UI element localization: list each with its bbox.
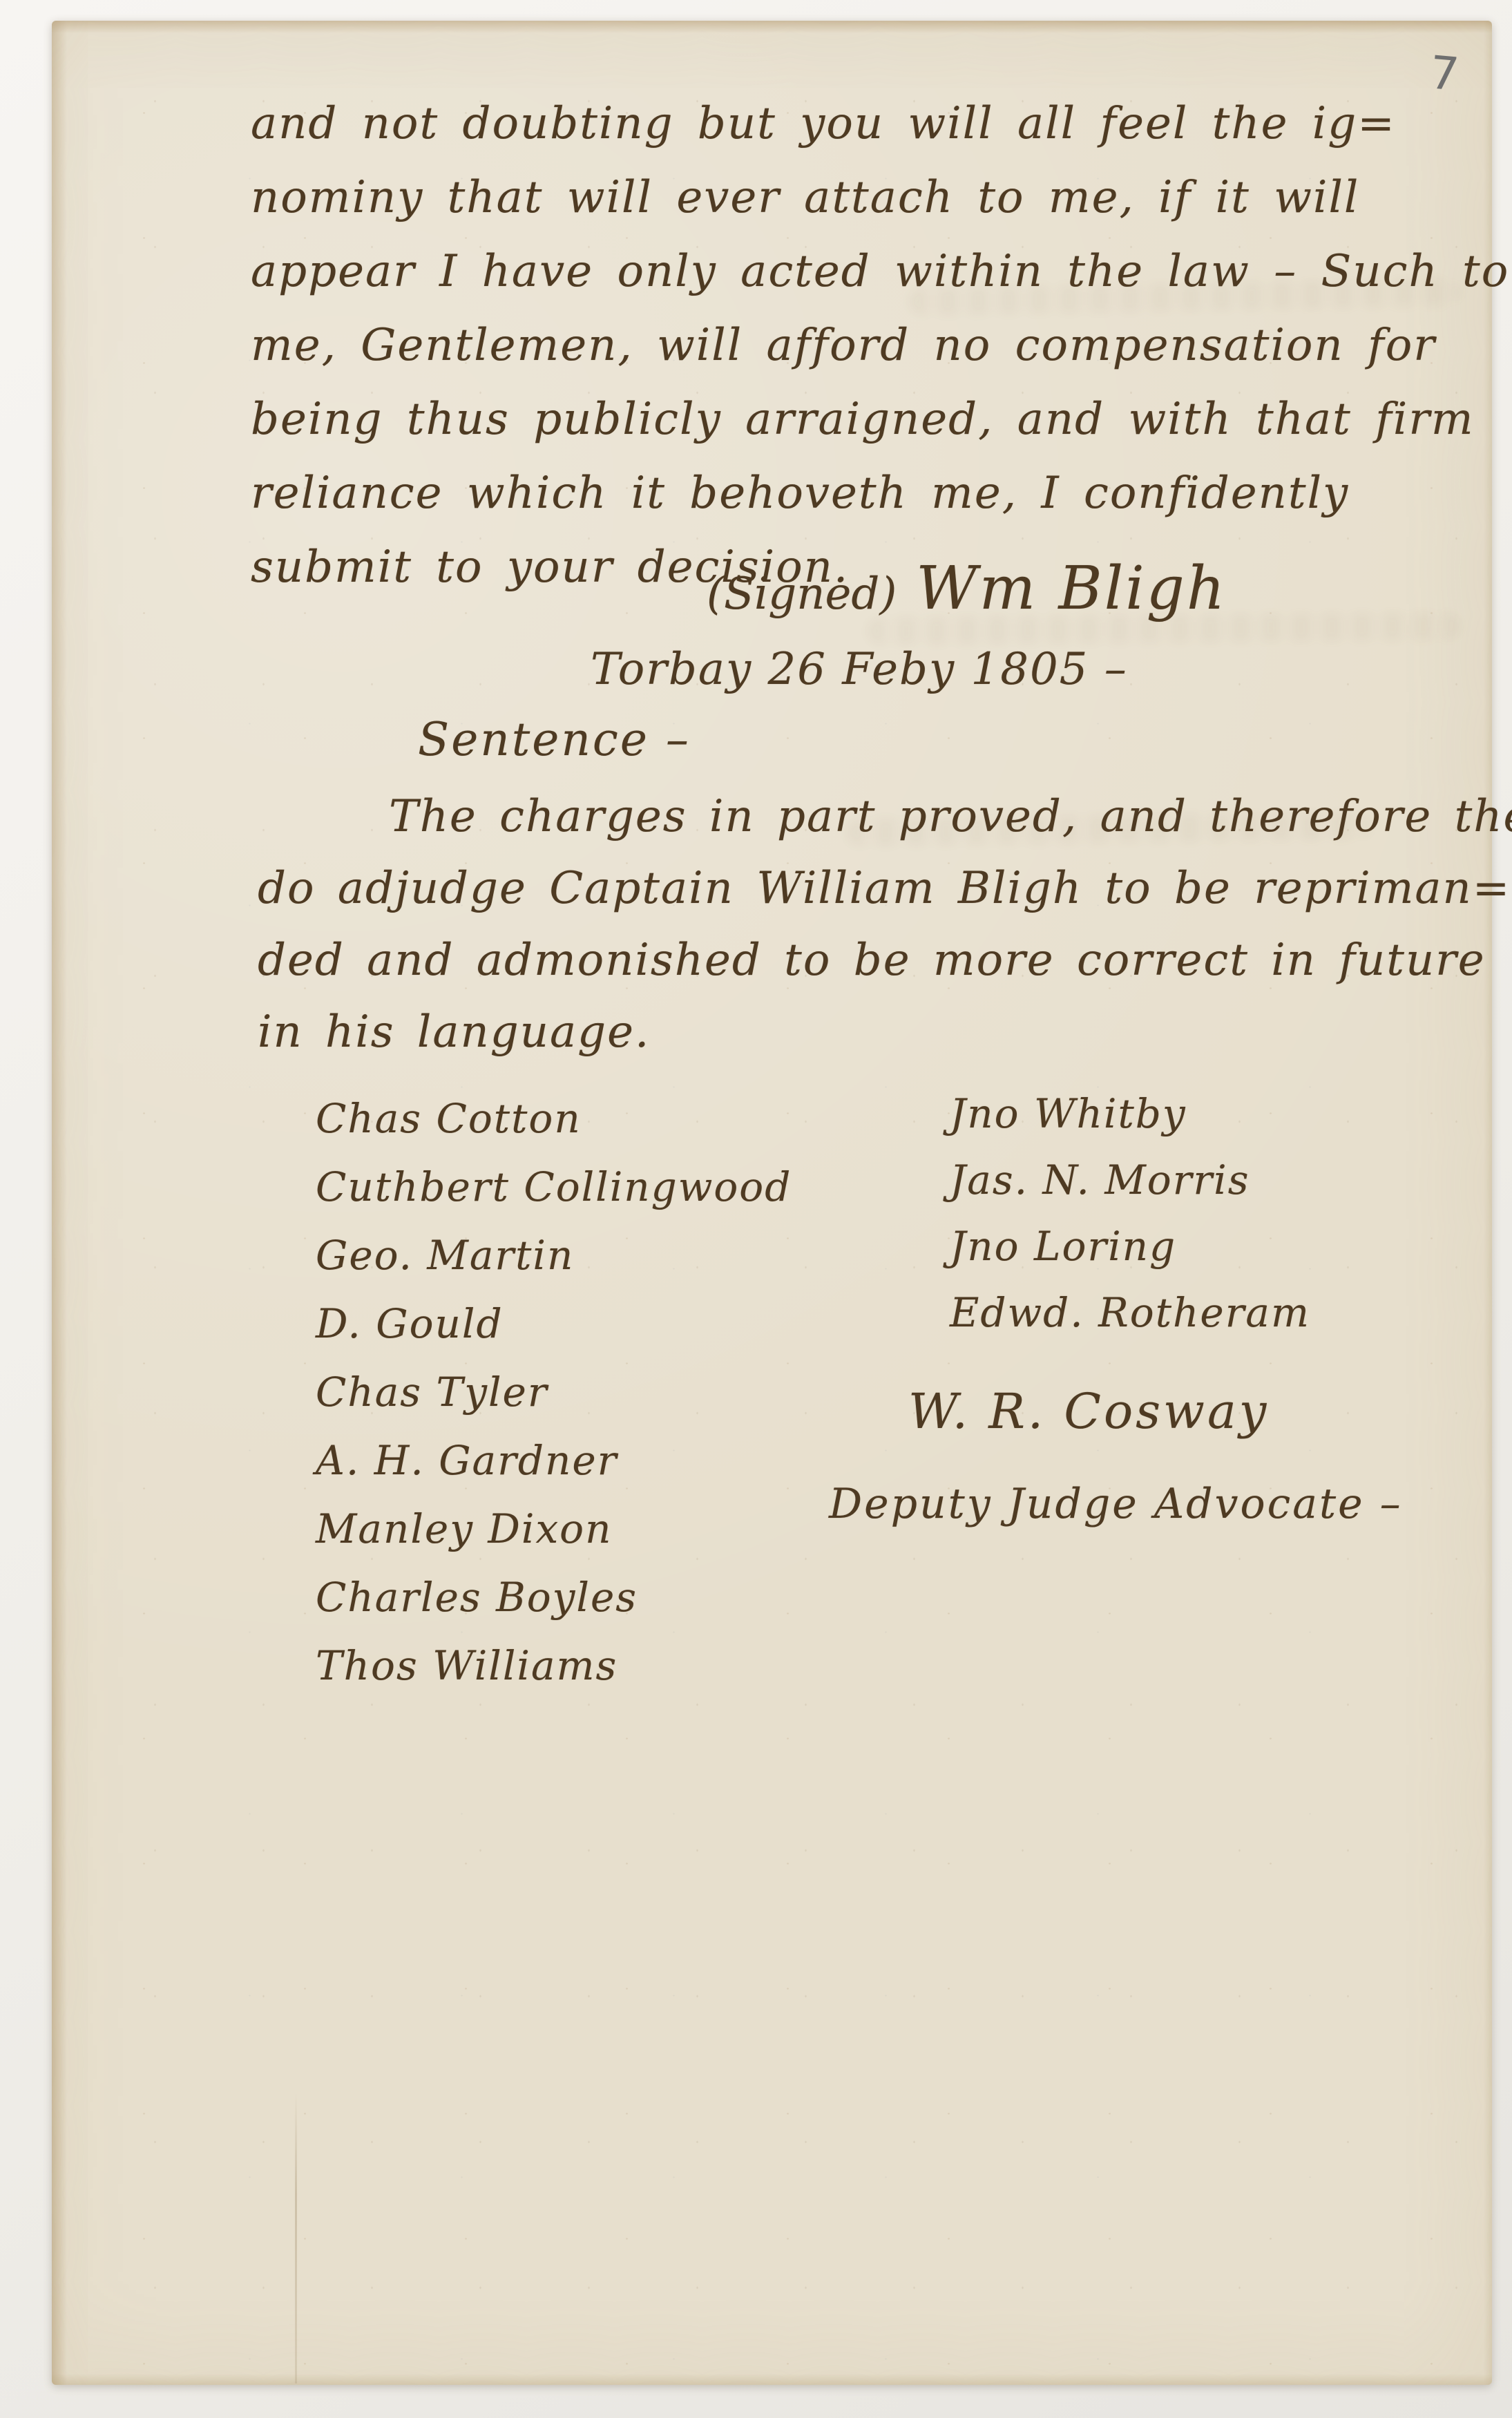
sentence-heading: Sentence – <box>418 713 691 766</box>
verdict-line: The charges in part proved, and therefor… <box>258 781 1512 853</box>
signature-name: Geo. Martin <box>316 1221 792 1290</box>
signature-name: Manley Dixon <box>316 1495 792 1563</box>
signature-name: Cuthbert Collingwood <box>316 1153 792 1221</box>
signature-name: Edwd. Rotheram <box>950 1279 1310 1346</box>
statement-line: nominy that will ever attach to me, if i… <box>251 161 1509 235</box>
judge-advocate-title: Deputy Judge Advocate – <box>829 1480 1403 1528</box>
signature-name: Jno Whitby <box>950 1081 1310 1147</box>
signature-name: A. H. Gardner <box>316 1427 792 1495</box>
signature-name: Jno Loring <box>950 1213 1310 1279</box>
judge-advocate-name: W. R. Cosway <box>908 1383 1269 1440</box>
signature-name: Thos Williams <box>316 1632 792 1700</box>
court-signatures-right: Jno Whitby Jas. N. Morris Jno Loring Edw… <box>950 1081 1310 1346</box>
signature-name: Chas Cotton <box>316 1085 792 1153</box>
bligh-signature: Wm Bligh <box>916 554 1227 623</box>
signature-name: D. Gould <box>316 1290 792 1358</box>
manuscript-page: 7 and not doubting but you will all feel… <box>52 21 1492 2385</box>
verdict-line: ded and admonished to be more correct in… <box>258 924 1512 996</box>
verdict-line: do adjudge Captain William Bligh to be r… <box>258 853 1512 924</box>
statement-line: me, Gentlemen, will afford no compensati… <box>251 309 1509 383</box>
closing-statement: and not doubting but you will all feel t… <box>251 87 1509 604</box>
signed-line: (Signed)Wm Bligh <box>707 554 1227 623</box>
statement-line: and not doubting but you will all feel t… <box>251 87 1509 161</box>
signed-label: (Signed) <box>707 569 897 620</box>
statement-line: appear I have only acted within the law … <box>251 235 1509 309</box>
dateline: Torbay 26 Feby 1805 – <box>591 644 1128 695</box>
court-signatures-left: Chas Cotton Cuthbert Collingwood Geo. Ma… <box>316 1085 792 1700</box>
verdict-line: in his language. <box>258 996 1512 1068</box>
paper-crease <box>295 2093 297 2383</box>
statement-line: being thus publicly arraigned, and with … <box>251 383 1509 457</box>
signature-name: Charles Boyles <box>316 1563 792 1632</box>
photo-mat: 7 and not doubting but you will all feel… <box>0 0 1512 2418</box>
sentence-verdict: The charges in part proved, and therefor… <box>258 781 1512 1068</box>
signature-name: Jas. N. Morris <box>950 1147 1310 1213</box>
statement-line: reliance which it behoveth me, I confide… <box>251 457 1509 531</box>
signature-name: Chas Tyler <box>316 1358 792 1427</box>
